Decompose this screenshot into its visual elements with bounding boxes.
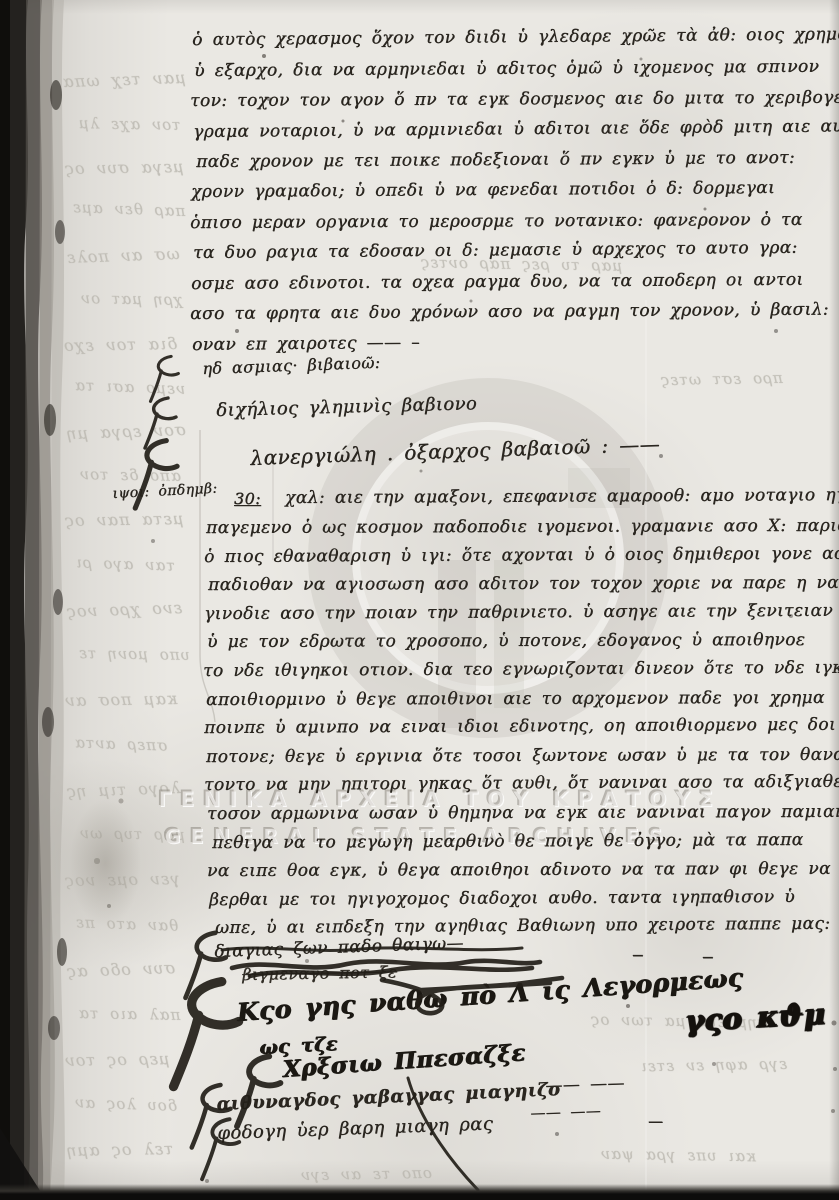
manuscript-scan-page: μαν τεχ ωπατον αχε λμμεγα συν οςπαρ θεν … (0, 0, 839, 1200)
scan-bottom-edge (0, 1184, 839, 1200)
ink-marks-layer (0, 0, 839, 1200)
flick-mark (408, 1078, 478, 1190)
bracket-mark (237, 1056, 280, 1126)
bracket-mark (192, 1085, 231, 1148)
paper-specks (0, 0, 2, 2)
bracket-mark (202, 1119, 239, 1179)
ink-smudge (58, 778, 153, 948)
bracket-mark (151, 356, 179, 401)
scribble-mark (232, 961, 562, 1013)
binding-edge (0, 0, 90, 1200)
bracket-mark (135, 441, 177, 509)
strikeline-mark (222, 948, 522, 951)
